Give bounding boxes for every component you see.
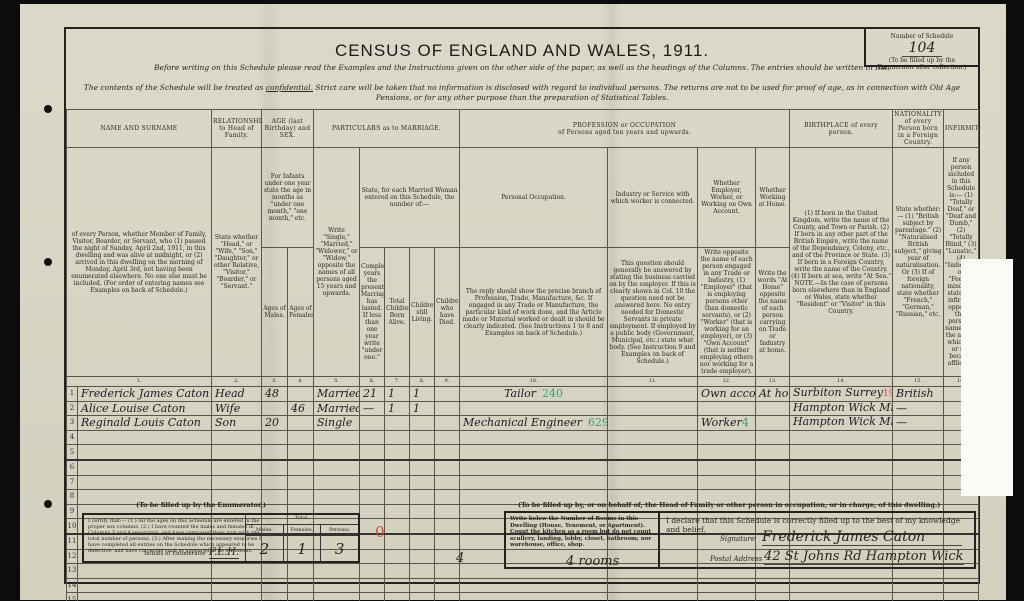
header-occupation: PROFESSION or OCCUPATIONof Persons aged … (460, 110, 790, 148)
cell-children-born (385, 416, 410, 431)
cell-children-living (410, 460, 435, 475)
cell-age-male (262, 445, 288, 460)
label-ages-females: Ages of Females. (288, 248, 314, 377)
desc-employer-detail: Write opposite the name of each person e… (698, 248, 756, 377)
cell-children-died (435, 416, 460, 431)
cell-at-home (756, 445, 790, 460)
cell-at-home (756, 401, 790, 416)
table-row: 2Alice Louise CatonWife46Married—11Hampt… (67, 401, 979, 416)
cell-children-died (435, 430, 460, 445)
cell-industry (608, 593, 698, 601)
cell-children-born (385, 460, 410, 475)
cell-industry (608, 460, 698, 475)
cell-relationship: Son (212, 416, 262, 431)
cell-employer (698, 475, 756, 490)
occupation-code: 240 (542, 387, 563, 400)
cell-industry (608, 445, 698, 460)
desc-relationship: State whether "Head," or "Wife," "Son," … (212, 148, 262, 377)
desc-years-married: Completed years the present Marriage has… (360, 248, 385, 377)
cell-marital-status (314, 460, 360, 475)
column-numbers: 1. 2. 3. 4. 5. 6. 7. 8. 9. 10. 11. 12. 1… (67, 377, 979, 387)
cell-infirmity (944, 593, 979, 601)
rooms-count: 4 rooms (566, 559, 619, 566)
label-ages-males: Ages of Males. (262, 248, 288, 377)
cell-nationality (893, 445, 944, 460)
row-number: 7 (67, 475, 78, 490)
desc-personal-occupation: Personal Occupation. (460, 148, 608, 248)
cell-age-male (262, 430, 288, 445)
occupation-code: 629 (588, 416, 608, 429)
enumerator-title: (To be filled up by the Enumerator.) (136, 501, 266, 509)
total-females: 1 (284, 536, 322, 562)
header-infirmity: INFIRMITY. (944, 110, 979, 148)
cell-birthplace (790, 593, 893, 601)
cell-children-living (410, 475, 435, 490)
cell-marital-status (314, 475, 360, 490)
cell-employer: Own account7 (698, 387, 756, 402)
total-persons: 3 (321, 536, 358, 562)
desc-home-detail: Write the words "At Home" opposite the n… (756, 248, 790, 377)
row-number: 15 (67, 593, 78, 601)
cell-nationality (893, 475, 944, 490)
cell-occupation (460, 475, 608, 490)
schedule-number: 104 (902, 40, 942, 57)
table-row: 15 (67, 593, 979, 601)
cell-children-died (435, 445, 460, 460)
cell-industry (608, 401, 698, 416)
desc-employer: Whether Employer, Worker, or Working on … (698, 148, 756, 248)
cell-name (78, 475, 212, 490)
cell-children-died (435, 475, 460, 490)
label-died: Children who have Died. (435, 248, 460, 377)
cell-nationality (893, 430, 944, 445)
cell-age-male: 48 (262, 387, 288, 402)
cell-birthplace: Hampton Wick Middx (790, 416, 893, 431)
cell-age-female (288, 430, 314, 445)
cell-children-living (410, 445, 435, 460)
cell-age-female (288, 593, 314, 601)
desc-marital-status: Write "Single," "Married," "Widower," or… (314, 148, 360, 377)
birthplace-code: 190 (883, 389, 893, 399)
cell-children-born (385, 430, 410, 445)
cell-years-married (360, 593, 385, 601)
totals-box: Total. Males. Females. Persons. 2 1 3 (245, 515, 358, 561)
cell-age-male (262, 475, 288, 490)
cell-nationality (893, 593, 944, 601)
cell-name: Frederick James Caton (78, 387, 212, 402)
cell-employer (698, 460, 756, 475)
cell-years-married (360, 475, 385, 490)
table-row: 5 (67, 445, 979, 460)
header-nationality: NATIONALITY of every Person born in a Fo… (893, 110, 944, 148)
cell-years-married (360, 416, 385, 431)
cell-children-living (410, 416, 435, 431)
cell-relationship (212, 475, 262, 490)
cell-occupation: Mechanical Engineer629 (460, 416, 608, 431)
cell-marital-status: Married (314, 387, 360, 402)
row-number: 2 (67, 401, 78, 416)
rooms-box: Write below the Number of Rooms in this … (504, 511, 660, 569)
cell-industry (608, 416, 698, 431)
enumerator-initials: Initials of EnumeratorF.L.H. (144, 547, 239, 558)
cell-occupation (460, 401, 608, 416)
desc-nationality: State whether:— (1) "British subject by … (893, 148, 944, 377)
cell-name (78, 430, 212, 445)
header-relationship: RELATIONSHIP to Head of Family. (212, 110, 262, 148)
cell-children-living: 1 (410, 401, 435, 416)
cell-birthplace: Surbiton Surrey190 (790, 387, 893, 402)
cell-relationship: Head (212, 387, 262, 402)
desc-industry: Industry or Service with which worker is… (608, 148, 698, 248)
cell-age-female (288, 416, 314, 431)
cell-nationality: British (893, 387, 944, 402)
cell-birthplace (790, 430, 893, 445)
cell-at-home: At home (756, 387, 790, 402)
cell-relationship (212, 445, 262, 460)
cell-occupation (460, 460, 608, 475)
cell-relationship (212, 430, 262, 445)
cell-birthplace: Hampton Wick Middx (790, 401, 893, 416)
cell-at-home (756, 430, 790, 445)
cell-years-married (360, 445, 385, 460)
cell-industry (608, 387, 698, 402)
header-birthplace: BIRTHPLACE of every person. (790, 110, 893, 148)
redacted-area (961, 259, 1013, 496)
schedule-frame: CENSUS OF ENGLAND AND WALES, 1911. Befor… (64, 27, 980, 584)
cell-industry (608, 475, 698, 490)
desc-home: Whether Working at Home. (756, 148, 790, 248)
cell-name: Reginald Louis Caton (78, 416, 212, 431)
table-row: 3Reginald Louis CatonSon20SingleMechanic… (67, 416, 979, 431)
schedule-number-box: Number of Schedule 104 (To be filled up … (864, 27, 980, 67)
cell-age-male (262, 460, 288, 475)
cell-children-living: 1 (410, 387, 435, 402)
desc-age: For Infants under one year state the age… (262, 148, 314, 248)
cell-occupation (460, 445, 608, 460)
cell-name (78, 593, 212, 601)
cell-children-died (435, 593, 460, 601)
cell-children-died (435, 401, 460, 416)
census-schedule-page: CENSUS OF ENGLAND AND WALES, 1911. Befor… (20, 4, 1006, 600)
instruction-line: Before writing on this Schedule please r… (66, 63, 978, 72)
cell-children-born: 1 (385, 387, 410, 402)
cell-age-male (262, 593, 288, 601)
cell-marital-status (314, 593, 360, 601)
header-age: AGE (last Birthday) and SEX. (262, 110, 314, 148)
cell-employer: Worker4 (698, 416, 756, 431)
cell-birthplace (790, 475, 893, 490)
row-number: 5 (67, 445, 78, 460)
cell-birthplace (790, 460, 893, 475)
cell-name (78, 460, 212, 475)
cell-years-married: — (360, 401, 385, 416)
declaration-box: I declare that this Schedule is correctl… (660, 511, 976, 569)
cell-industry (608, 430, 698, 445)
cell-children-born (385, 475, 410, 490)
table-row: 1Frederick James CatonHead48Married2111T… (67, 387, 979, 402)
header-marriage: PARTICULARS as to MARRIAGE. (314, 110, 460, 148)
cell-nationality: — (893, 401, 944, 416)
cell-occupation (460, 430, 608, 445)
cell-birthplace (790, 445, 893, 460)
row-number: 1 (67, 387, 78, 402)
cell-children-living (410, 430, 435, 445)
margin-annotation: 4 (456, 551, 464, 566)
cell-relationship (212, 460, 262, 475)
cell-employer (698, 593, 756, 601)
cell-age-female (288, 445, 314, 460)
desc-name: of every Person, whether Member of Famil… (67, 148, 212, 377)
punch-hole (44, 258, 52, 266)
cell-marital-status (314, 430, 360, 445)
cell-children-living (410, 593, 435, 601)
cell-age-female: 46 (288, 401, 314, 416)
confidentiality-notice: The contents of the Schedule will be tre… (76, 83, 968, 103)
punch-hole (44, 105, 52, 113)
label-living: Children still Living. (410, 248, 435, 377)
red-annotation: 0 (375, 523, 385, 541)
row-number: 6 (67, 460, 78, 475)
page-title: CENSUS OF ENGLAND AND WALES, 1911. (66, 41, 978, 61)
desc-birthplace: (1) If born in the United Kingdom, write… (790, 148, 893, 377)
desc-personal-detail: The reply should show the precise branch… (460, 248, 608, 377)
cell-years-married (360, 460, 385, 475)
cell-name: Alice Louise Caton (78, 401, 212, 416)
header-name: NAME AND SURNAME (67, 110, 212, 148)
label-total-born: Total Children Born Alive. (385, 248, 410, 377)
cell-age-female (288, 475, 314, 490)
footer-section: (To be filled up by the Enumerator.) I c… (66, 499, 978, 584)
cell-age-female (288, 387, 314, 402)
table-row: 7 (67, 475, 979, 490)
cell-occupation (460, 593, 608, 601)
cell-marital-status (314, 445, 360, 460)
cell-children-born (385, 445, 410, 460)
table-row: 6 (67, 460, 979, 475)
cell-children-born (385, 593, 410, 601)
employer-code: 4 (742, 416, 749, 429)
cell-nationality (893, 460, 944, 475)
cell-employer (698, 430, 756, 445)
cell-at-home (756, 475, 790, 490)
row-number: 4 (67, 430, 78, 445)
enumerator-box: I certify that:— (1.) All the ages on th… (82, 513, 360, 563)
cell-years-married (360, 430, 385, 445)
cell-relationship (212, 593, 262, 601)
cell-years-married: 21 (360, 387, 385, 402)
cell-children-born: 1 (385, 401, 410, 416)
cell-at-home (756, 593, 790, 601)
total-males: 2 (246, 536, 284, 562)
cell-marital-status: Married (314, 401, 360, 416)
cell-relationship: Wife (212, 401, 262, 416)
cell-at-home (756, 416, 790, 431)
cell-occupation: Tailor240 (460, 387, 608, 402)
signature: Frederick James Caton (762, 529, 962, 546)
household-title: (To be filled up by, or on behalf of, th… (518, 501, 940, 509)
cell-marital-status: Single (314, 416, 360, 431)
cell-employer (698, 401, 756, 416)
cell-children-died (435, 387, 460, 402)
postal-address: 42 St Johns Rd Hampton Wick (764, 549, 964, 565)
cell-age-female (288, 460, 314, 475)
cell-employer (698, 445, 756, 460)
desc-married-woman: State, for each Married Woman entered on… (360, 148, 460, 248)
desc-industry-detail: This question should generally be answer… (608, 248, 698, 377)
row-number: 3 (67, 416, 78, 431)
punch-hole (44, 500, 52, 508)
cell-age-male: 20 (262, 416, 288, 431)
cell-at-home (756, 460, 790, 475)
cell-name (78, 445, 212, 460)
cell-nationality: — (893, 416, 944, 431)
cell-age-male (262, 401, 288, 416)
cell-children-died (435, 460, 460, 475)
table-row: 4 (67, 430, 979, 445)
